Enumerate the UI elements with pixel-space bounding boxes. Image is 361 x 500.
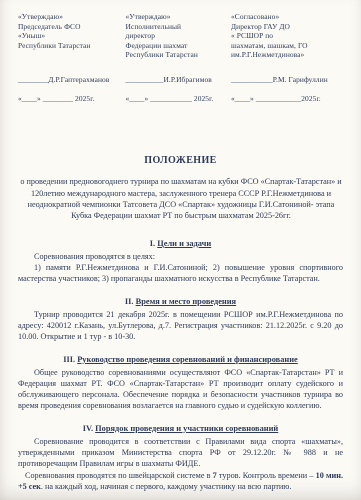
approval-stamp: «Утверждаю» [18, 12, 122, 22]
approval-line: «Уныш» [18, 31, 122, 41]
section-number: III. [63, 355, 75, 364]
section-title: Порядок проведения и участники соревнова… [95, 424, 278, 433]
section-number: I. [150, 239, 155, 248]
document-title: ПОЛОЖЕНИЕ [18, 155, 343, 166]
section-number: II. [125, 297, 134, 306]
section-time-place: II. Время и место проведения Турнир пров… [18, 297, 343, 343]
approval-body: «Утверждаю» Председатель ФСО «Уныш» Респ… [18, 12, 122, 62]
text-run: . на каждый ход, начиная с первого, кажд… [41, 482, 292, 491]
approval-line: Председатель ФСО [18, 22, 122, 32]
section-heading: II. Время и место проведения [18, 297, 343, 306]
document-page: «Утверждаю» Председатель ФСО «Уныш» Респ… [0, 0, 361, 500]
approval-stamp: «Утверждаю» [126, 12, 228, 22]
approval-block-rsshor: «Согласовано» Директор ГАУ ДО « РСШОР по… [231, 12, 343, 103]
signature-line: __________И.Р.Ибрагимов [126, 75, 228, 85]
section-title: Руководство проведения соревнований и фи… [77, 355, 298, 364]
section-heading: IV. Порядок проведения и участники сорев… [18, 424, 343, 433]
text-run: Соревнования проводятся по швейцарской с… [25, 471, 213, 480]
section-paragraph: Общее руководство соревнованиями осущест… [18, 367, 343, 412]
signature-line: ________Д.Р.Гаптерахманов [18, 75, 122, 85]
approval-body: «Согласовано» Директор ГАУ ДО « РСШОР по… [231, 12, 343, 62]
approval-line: Директор ГАУ ДО [231, 22, 343, 32]
section-title: Цели и задачи [157, 239, 211, 248]
approval-block-chess-federation: «Утверждаю» Исполнительный директор Феде… [126, 12, 228, 103]
approval-line: « РСШОР по [231, 31, 343, 41]
intro-paragraph: о проведении предновогоднего турнира по … [18, 176, 344, 222]
approval-line: директор [126, 31, 228, 41]
section-paragraph: Соревнование проводится в соответствии с… [18, 436, 343, 470]
section-title: Время и место проведения [136, 297, 236, 306]
approval-body: «Утверждаю» Исполнительный директор Феде… [126, 12, 228, 62]
section-heading: III. Руководство проведения соревнований… [18, 355, 343, 364]
approval-line: Исполнительный [126, 22, 228, 32]
text-run: туров. Контроль времени – [217, 471, 316, 480]
approval-stamp: «Согласовано» [231, 12, 343, 22]
approval-line: Федерации шахмат [126, 41, 228, 51]
section-heading: I. Цели и задачи [18, 239, 343, 248]
date-line: «____» ___________ 2025г. [126, 94, 228, 104]
approval-header: «Утверждаю» Председатель ФСО «Уныш» Респ… [18, 12, 343, 103]
section-rules-participants: IV. Порядок проведения и участники сорев… [18, 424, 343, 492]
approval-line: им.Р.Г.Нежметдинова» [231, 50, 343, 60]
approval-block-fso-unysh: «Утверждаю» Председатель ФСО «Уныш» Респ… [18, 12, 122, 103]
approval-line: шахматам, шашкам, ГО [231, 41, 343, 51]
section-paragraph: Соревнования проводятся по швейцарской с… [18, 470, 343, 493]
date-line: «____» ____________2025г. [231, 94, 343, 104]
section-paragraph: Соревнования проводятся в целях: [18, 251, 343, 262]
section-paragraph: 1) памяти Р.Г.Нежметдинова и Г.И.Сатонин… [18, 262, 343, 285]
section-number: IV. [83, 424, 93, 433]
signature-line: ___________Р.М. Гарифуллин [231, 75, 343, 85]
section-management-financing: III. Руководство проведения соревнований… [18, 355, 343, 412]
section-paragraph: Турнир проводится 21 декабря 2025г. в по… [18, 309, 343, 343]
date-line: «____» ________ 2025г. [18, 94, 122, 104]
approval-line: Республики Татарстан [18, 41, 122, 51]
approval-line: Республики Татарстан [126, 50, 228, 60]
section-goals: I. Цели и задачи Соревнования проводятся… [18, 239, 343, 285]
